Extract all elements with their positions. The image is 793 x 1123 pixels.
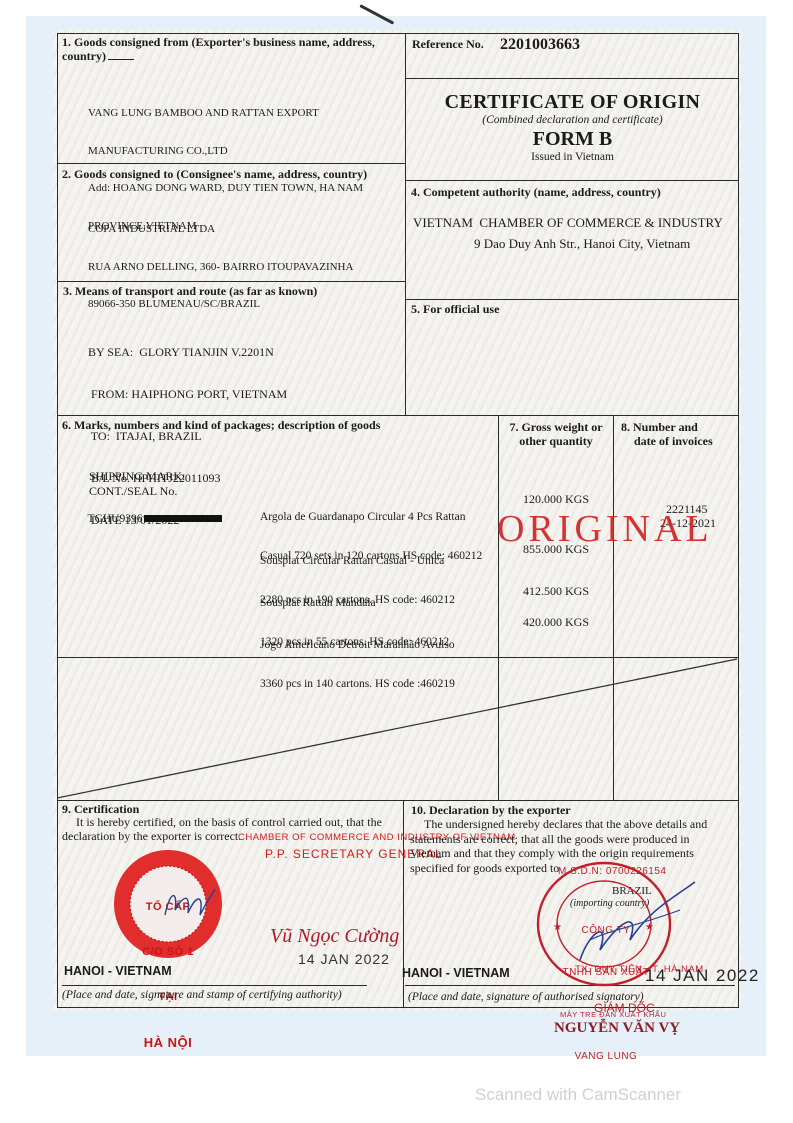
container-number-visible: TGHU9396 [88, 513, 143, 525]
exporter-name-line2: MANUFACTURING CO.,LTD [88, 145, 363, 158]
certificate-title: CERTIFICATE OF ORIGIN [405, 91, 740, 114]
declaration-line-3: Vietnam and that they comply with the or… [410, 846, 728, 861]
box2-label: 2. Goods consigned to (Consignee's name,… [62, 167, 367, 181]
box1-label: 1. Goods consigned from (Exporter's busi… [62, 35, 402, 63]
original-stamp: ORIGINAL [497, 507, 713, 551]
consignee-name: COPA INDUSTRIAL LTDA [88, 223, 353, 236]
declaration-line-2: statements are correct; that all the goo… [410, 832, 728, 847]
initials-signature-icon [160, 885, 220, 925]
certifier-signature: Vũ Ngọc Cường [270, 925, 399, 948]
gross-weight-3: 412.500 KGS [499, 584, 613, 598]
cont-seal-label: CONT./SEAL No. [89, 484, 177, 498]
box8-label: 8. Number and date of invoices [621, 420, 713, 448]
box8-label-line2: date of invoices [621, 434, 713, 448]
box3-label: 3. Means of transport and route (as far … [63, 284, 317, 298]
consignee-address: RUA ARNO DELLING, 360- BAIRRO ITOUPAVAZI… [88, 261, 353, 274]
redaction-bar [144, 515, 222, 522]
goods-item-2-desc: Sousplat Circular Rattan Casual - Única [260, 555, 455, 568]
transport-from: FROM: HAIPHONG PORT, VIETNAM [88, 387, 287, 401]
company-seal-tax-id: M.S.D.N: 0700226154 [558, 866, 666, 877]
gross-weight-1: 120.000 KGS [499, 492, 613, 506]
certification-text-1: It is hereby certified, on the basis of … [76, 815, 382, 829]
certification-place: HANOI - VIETNAM [64, 964, 172, 978]
box9-label: 9. Certification [62, 802, 139, 816]
box1-label-line2: country) [62, 49, 106, 63]
divider [405, 78, 739, 79]
box6-label: 6. Marks, numbers and kind of packages; … [62, 418, 380, 432]
box5-label: 5. For official use [411, 302, 499, 316]
seal-line-2: C/O SỐ 1 [122, 945, 214, 960]
seal-company-name: VANG LUNG [560, 1050, 652, 1064]
box7-label-line2: other quantity [499, 434, 613, 448]
form-type: FORM B [405, 128, 740, 151]
consignee-block: COPA INDUSTRIAL LTDA RUA ARNO DELLING, 3… [88, 198, 353, 323]
exporter-signature-icon [570, 880, 700, 970]
signer-name: NGUYỄN VĂN VỴ [554, 1020, 680, 1037]
certification-date: 14 JAN 2022 [298, 951, 390, 967]
box7-label: 7. Gross weight or other quantity [499, 420, 613, 448]
certification-footer: (Place and date, signature and stamp of … [62, 989, 342, 1001]
certification-text-2: declaration by the exporter is correct. [62, 829, 241, 843]
authority-name: VIETNAM CHAMBER OF COMMERCE & INDUSTRY [413, 216, 723, 230]
goods-item-4: Jogo Americano Detroit Maranhão Avulso 3… [260, 613, 455, 704]
authority-address: 9 Dao Duy Anh Str., Hanoi City, Vietnam [474, 237, 690, 251]
gross-weight-4: 420.000 KGS [499, 615, 613, 629]
declaration-place: HANOI - VIETNAM [402, 966, 510, 980]
certificate-subtitle: (Combined declaration and certificate) [405, 114, 740, 126]
shipping-mark-label: SHIPPING MARK: [89, 469, 185, 483]
divider [405, 180, 739, 181]
reference-number: 2201003663 [500, 36, 580, 54]
box1-label-line1: 1. Goods consigned from (Exporter's busi… [62, 35, 375, 49]
box7-label-line1: 7. Gross weight or [499, 420, 613, 434]
transport-vessel: BY SEA: GLORY TIANJIN V.2201N [88, 345, 287, 359]
divider [62, 985, 367, 986]
exporter-name-line1: VANG LUNG BAMBOO AND RATTAN EXPORT [88, 107, 363, 120]
seal-line-4: HÀ NỘI [122, 1035, 214, 1050]
consignee-city: 89066-350 BLUMENAU/SC/BRAZIL [88, 298, 353, 311]
goods-item-1-desc: Argola de Guardanapo Circular 4 Pcs Ratt… [260, 511, 482, 524]
issued-in: Issued in Vietnam [405, 151, 740, 163]
signer-title: GIÁM ĐỐC [594, 1001, 655, 1015]
box10-label: 10. Declaration by the exporter [411, 803, 571, 817]
box4-label: 4. Competent authority (name, address, c… [411, 185, 661, 199]
declaration-line-1: The undersigned hereby declares that the… [410, 817, 728, 832]
exporter-address: Add: HOANG DONG WARD, DUY TIEN TOWN, HA … [88, 182, 363, 195]
scanner-watermark: Scanned with CamScanner [475, 1085, 681, 1105]
divider [57, 800, 739, 801]
divider [405, 299, 739, 300]
box8-label-line1: 8. Number and [621, 420, 713, 434]
goods-item-4-desc: Jogo Americano Detroit Maranhão Avulso [260, 639, 455, 652]
container-number: TGHU9396 [82, 500, 222, 525]
goods-item-4-qty: 3360 pcs in 140 cartons. HS code :460219 [260, 678, 455, 691]
declaration-date: 14 JAN 2022 [645, 966, 760, 986]
goods-item-3-desc: Sousplat Rattan Mandala [260, 597, 449, 610]
reference-label: Reference No. [412, 37, 484, 51]
